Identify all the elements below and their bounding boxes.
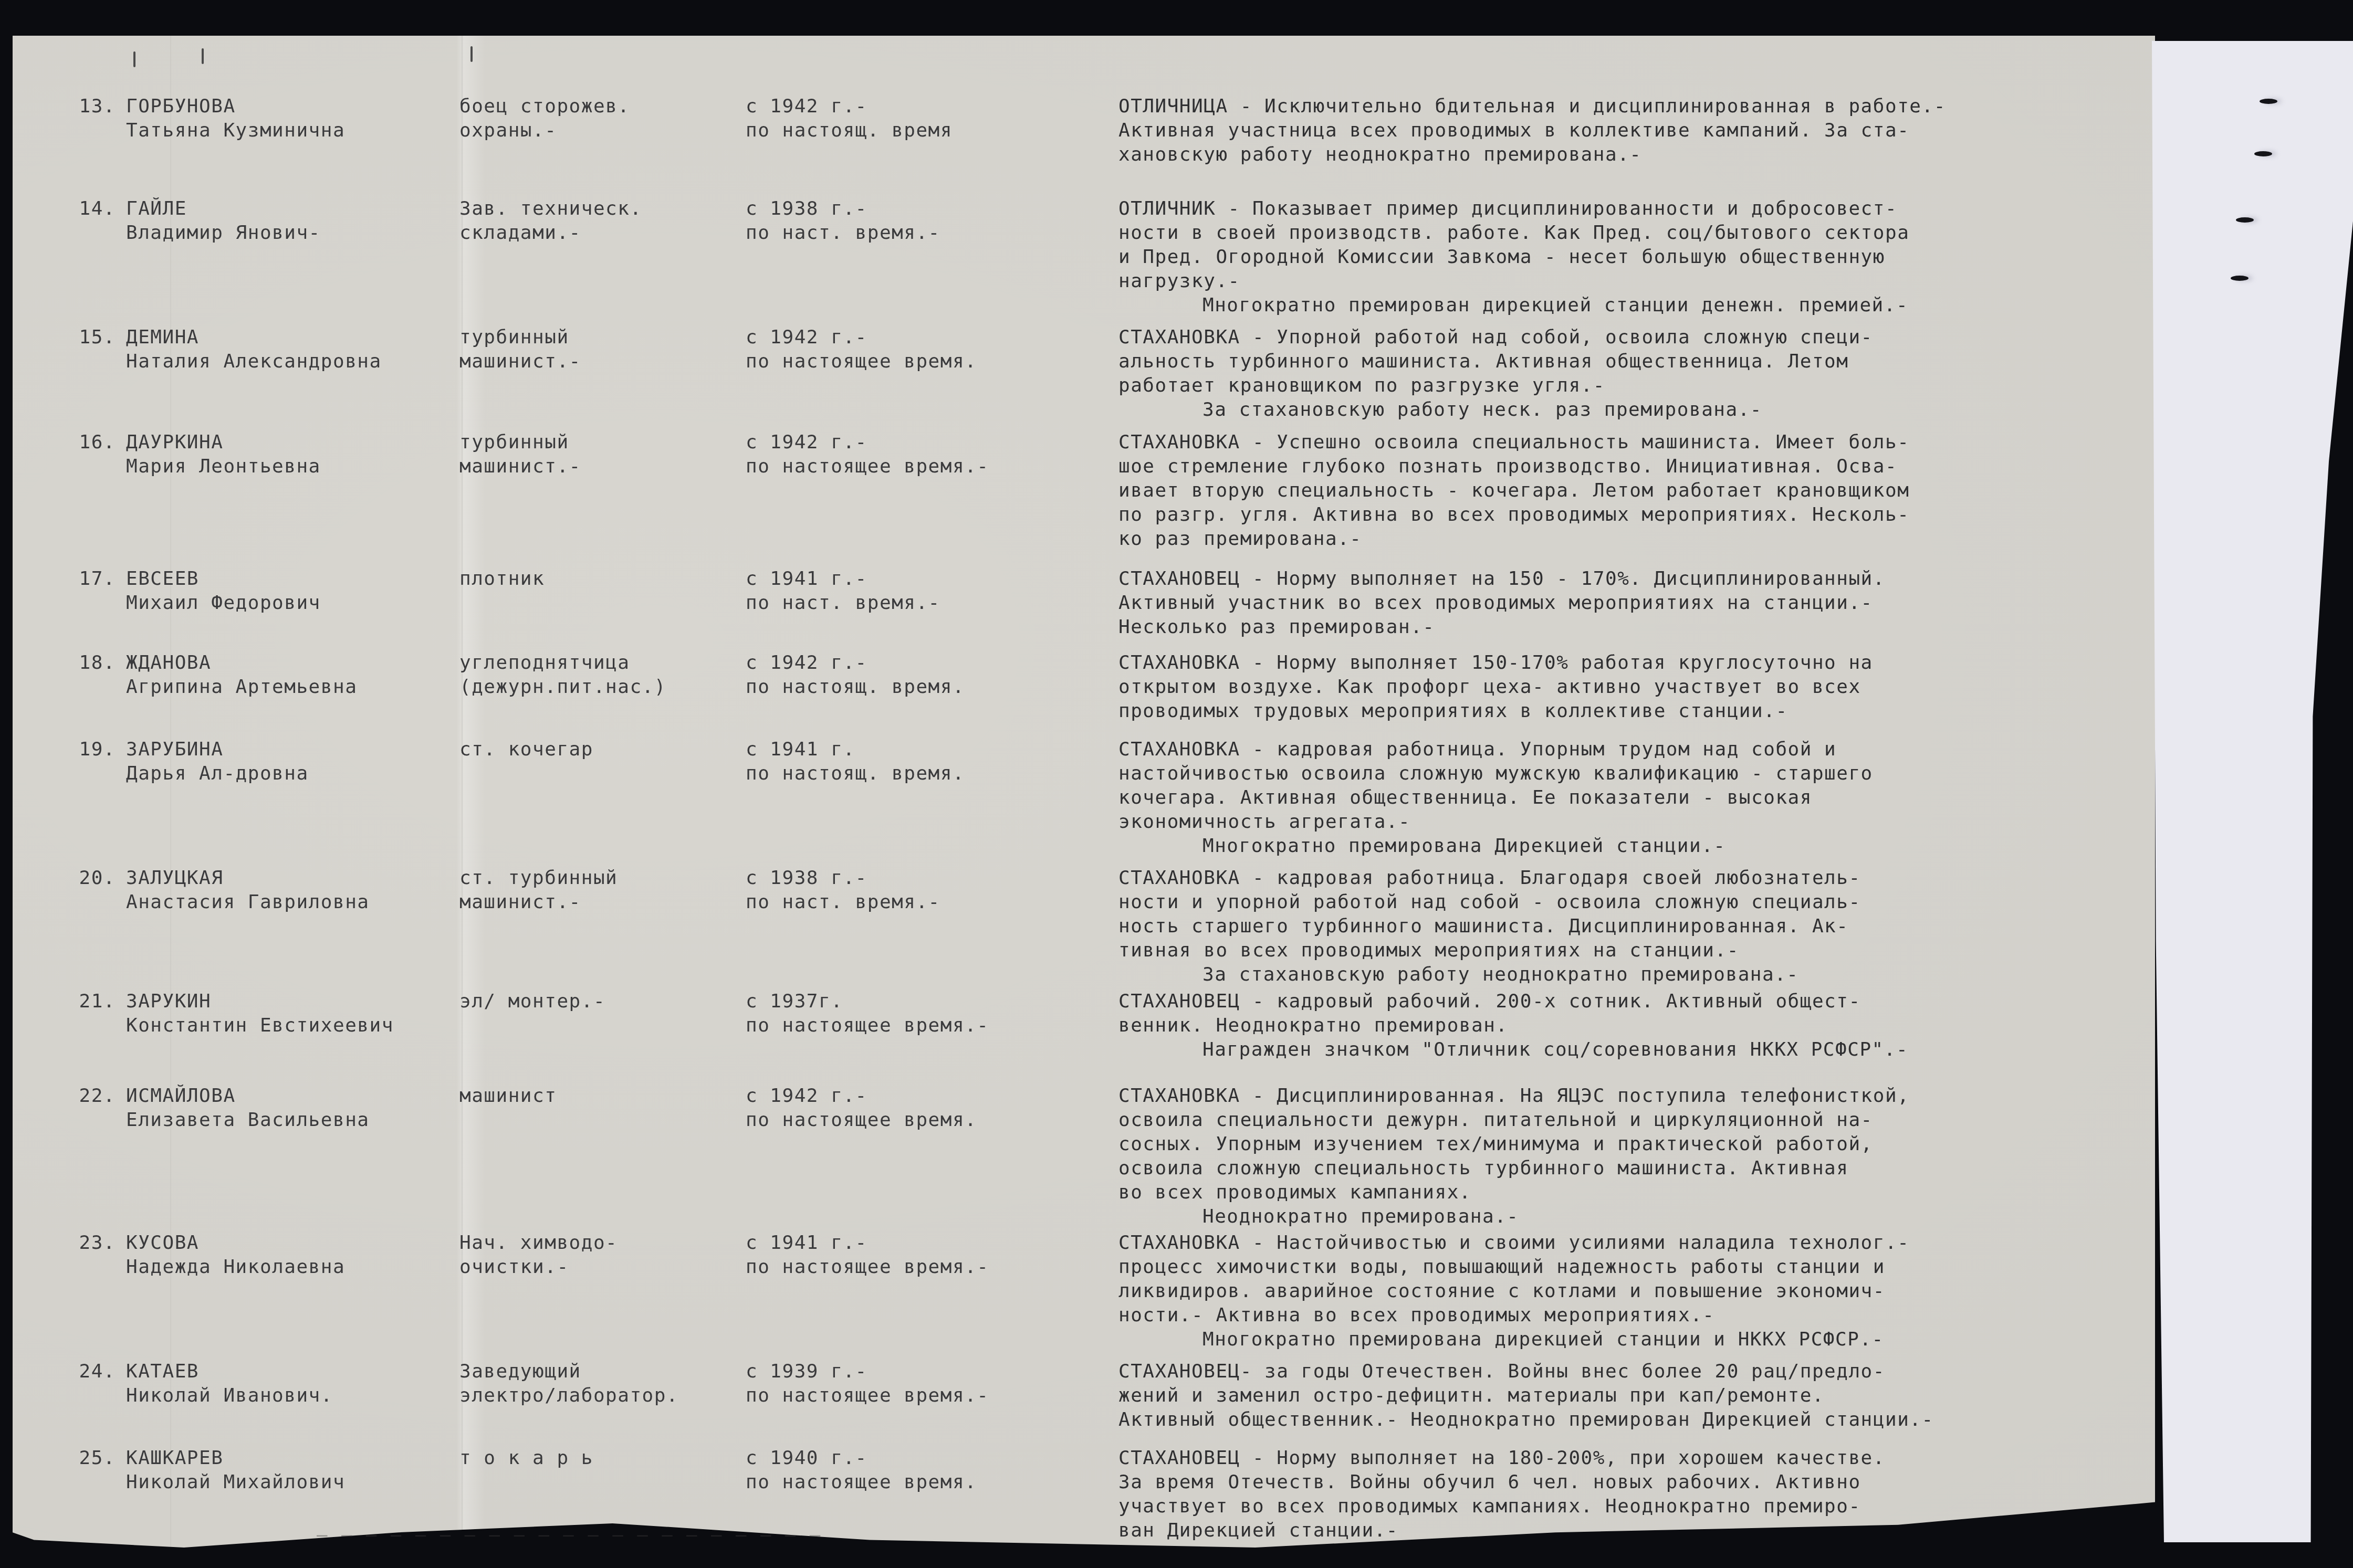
- position-line: охраны.-: [459, 119, 754, 143]
- work-period: с 1942 г.-по настоящ. время: [746, 94, 1071, 143]
- characteristic-line: венник. Неоднократно премирован.: [1118, 1014, 2116, 1038]
- given-names: Надежда Николаевна: [126, 1255, 452, 1279]
- characteristic-line: шое стремление глубоко познать производс…: [1118, 455, 2116, 479]
- employee-name: ЗАРУКИНКонстантин Евстихеевич: [126, 990, 452, 1038]
- award-note: Многократно премирован дирекцией станции…: [1118, 293, 2116, 318]
- work-period: с 1940 г.-по настоящее время.: [746, 1446, 1071, 1495]
- employee-name: ИСМАЙЛОВАЕлизавета Васильевна: [126, 1084, 452, 1132]
- characteristic-line: ности.- Активна во всех проводимых мероп…: [1118, 1303, 2116, 1328]
- position: турбинныймашинист.-: [459, 430, 754, 479]
- position: углеподнятчица(дежурн.пит.нас.): [459, 651, 754, 699]
- row-number: 17.: [79, 567, 116, 591]
- work-period-line: с 1941 г.: [746, 738, 1071, 762]
- position-line: машинист.-: [459, 890, 754, 914]
- employee-name: КАШКАРЕВНиколай Михайлович: [126, 1446, 452, 1495]
- position: боец сторожев.охраны.-: [459, 94, 754, 143]
- characteristic-line: освоила сложную специальность турбинного…: [1118, 1156, 2116, 1181]
- surname: ДАУРКИНА: [126, 430, 452, 455]
- surname: КУСОВА: [126, 1231, 452, 1255]
- work-period-line: с 1942 г.-: [746, 94, 1071, 119]
- work-period-line: с 1938 г.-: [746, 197, 1071, 221]
- employee-name: ЕВСЕЕВМихаил Федорович: [126, 567, 452, 615]
- position-line: т о к а р ь: [459, 1446, 754, 1470]
- characteristic-line: Активный участник во всех проводимых мер…: [1118, 591, 2116, 615]
- award-note: Награжден значком "Отличник соц/соревнов…: [1118, 1038, 2116, 1062]
- row-number: 24.: [79, 1360, 116, 1384]
- position-line: боец сторожев.: [459, 94, 754, 119]
- surname: ДЕМИНА: [126, 325, 452, 350]
- characteristic: СТАХАНОВЕЦ - Норму выполняет на 150 - 17…: [1118, 567, 2116, 639]
- position: Нач. химводо-очистки.-: [459, 1231, 754, 1279]
- characteristic: СТАХАНОВЕЦ - Норму выполняет на 180-200%…: [1118, 1446, 2116, 1543]
- work-period-line: по наст. время.-: [746, 591, 1071, 615]
- characteristic-line: ивает вторую специальность - кочегара. Л…: [1118, 479, 2116, 503]
- surname: КАТАЕВ: [126, 1360, 452, 1384]
- punch-hole: [2231, 276, 2249, 281]
- work-period-line: по настоящее время.: [746, 1470, 1071, 1495]
- surname: КАШКАРЕВ: [126, 1446, 452, 1470]
- margin-mark: [202, 48, 204, 64]
- work-period: с 1937г.по настоящее время.-: [746, 990, 1071, 1038]
- characteristic-line: и Пред. Огородной Комиссии Завкома - нес…: [1118, 245, 2116, 269]
- position-line: Зав. техническ.: [459, 197, 754, 221]
- characteristic-line: СТАХАНОВЕЦ - Норму выполняет на 180-200%…: [1118, 1446, 2116, 1470]
- characteristic: СТАХАНОВКА - Успешно освоила специальнос…: [1118, 430, 2116, 551]
- surname: ИСМАЙЛОВА: [126, 1084, 452, 1108]
- row-number: 20.: [79, 866, 116, 890]
- surname: ГАЙЛЕ: [126, 197, 452, 221]
- work-period-line: с 1942 г.-: [746, 1084, 1071, 1108]
- characteristic-line: Активный общественник.- Неоднократно пре…: [1118, 1408, 2116, 1432]
- characteristic-line: ности в своей производств. работе. Как П…: [1118, 221, 2116, 245]
- position-line: ст. турбинный: [459, 866, 754, 890]
- position-line: машинист.-: [459, 455, 754, 479]
- characteristic-line: ность старшего турбинного машиниста. Дис…: [1118, 914, 2116, 939]
- characteristic-line: СТАХАНОВКА - Успешно освоила специальнос…: [1118, 430, 2116, 455]
- paper-crease: [170, 36, 171, 1548]
- position-line: электро/лаборатор.: [459, 1384, 754, 1408]
- work-period: с 1942 г.-по настоящее время.: [746, 325, 1071, 374]
- characteristic: СТАХАНОВКА - кадровая работница. Благода…: [1118, 866, 2116, 987]
- work-period-line: по настоящее время.-: [746, 1384, 1071, 1408]
- characteristic-line: СТАХАНОВКА - Дисциплинированная. На ЯЦЭС…: [1118, 1084, 2116, 1108]
- employee-name: ДАУРКИНАМария Леонтьевна: [126, 430, 452, 479]
- work-period: с 1941 г.-по наст. время.-: [746, 567, 1071, 615]
- position-line: турбинный: [459, 430, 754, 455]
- work-period: с 1941 г.по настоящ. время.: [746, 738, 1071, 786]
- work-period-line: по настоящ. время: [746, 119, 1071, 143]
- characteristic-line: тивная во всех проводимых мероприятиях н…: [1118, 939, 2116, 963]
- work-period-line: с 1937г.: [746, 990, 1071, 1014]
- characteristic-line: ликвидиров. аварийное состояние с котлам…: [1118, 1279, 2116, 1303]
- position-line: плотник: [459, 567, 754, 591]
- row-number: 15.: [79, 325, 116, 350]
- characteristic-line: процесс химочистки воды, повышающий наде…: [1118, 1255, 2116, 1279]
- characteristic-line: СТАХАНОВКА - Упорной работой над собой, …: [1118, 325, 2116, 350]
- characteristic-line: ОТЛИЧНИК - Показывает пример дисциплинир…: [1118, 197, 2116, 221]
- row-number: 25.: [79, 1446, 116, 1470]
- punch-hole: [2254, 151, 2272, 156]
- characteristic-line: сосных. Упорным изучением тех/минимума и…: [1118, 1132, 2116, 1156]
- row-number: 23.: [79, 1231, 116, 1255]
- given-names: Анастасия Гавриловна: [126, 890, 452, 914]
- position-line: (дежурн.пит.нас.): [459, 675, 754, 699]
- work-period-line: с 1942 г.-: [746, 430, 1071, 455]
- position-line: эл/ монтер.-: [459, 990, 754, 1014]
- punch-hole: [2260, 99, 2277, 104]
- characteristic-line: Активная участница всех проводимых в кол…: [1118, 119, 2116, 143]
- characteristic-line: СТАХАНОВЕЦ - Норму выполняет на 150 - 17…: [1118, 567, 2116, 591]
- characteristic: СТАХАНОВКА - Норму выполняет 150-170% ра…: [1118, 651, 2116, 723]
- characteristic: СТАХАНОВЕЦ- за годы Отечествен. Войны вн…: [1118, 1360, 2116, 1432]
- work-period-line: с 1941 г.-: [746, 1231, 1071, 1255]
- characteristic-line: СТАХАНОВКА - кадровая работница. Упорным…: [1118, 738, 2116, 762]
- given-names: Николай Михайлович: [126, 1470, 452, 1495]
- work-period: с 1938 г.-по наст. время.-: [746, 866, 1071, 914]
- position-line: машинист: [459, 1084, 754, 1108]
- position-line: Нач. химводо-: [459, 1231, 754, 1255]
- position-line: турбинный: [459, 325, 754, 350]
- work-period: с 1939 г.-по настоящее время.-: [746, 1360, 1071, 1408]
- work-period-line: с 1942 г.-: [746, 325, 1071, 350]
- characteristic-line: экономичность агрегата.-: [1118, 810, 2116, 834]
- characteristic-line: во всех проводимых кампаниях.: [1118, 1181, 2116, 1205]
- given-names: Татьяна Кузминична: [126, 119, 452, 143]
- position: ст. турбинныймашинист.-: [459, 866, 754, 914]
- margin-mark: [133, 51, 135, 67]
- award-note: За стахановскую работу неск. раз премиро…: [1118, 398, 2116, 422]
- work-period-line: с 1940 г.-: [746, 1446, 1071, 1470]
- characteristic: ОТЛИЧНИК - Показывает пример дисциплинир…: [1118, 197, 2116, 318]
- position: турбинныймашинист.-: [459, 325, 754, 374]
- employee-name: ЗАРУБИНАДарья Ал-дровна: [126, 738, 452, 786]
- position-line: машинист.-: [459, 350, 754, 374]
- characteristic: СТАХАНОВЕЦ - кадровый рабочий. 200-х сот…: [1118, 990, 2116, 1062]
- position: т о к а р ь: [459, 1446, 754, 1470]
- position: Зав. техническ.складами.-: [459, 197, 754, 245]
- employee-name: ДЕМИНАНаталия Александровна: [126, 325, 452, 374]
- position: Заведующийэлектро/лаборатор.: [459, 1360, 754, 1408]
- row-number: 13.: [79, 94, 116, 119]
- characteristic-line: ности и упорной работой над собой - осво…: [1118, 890, 2116, 914]
- characteristic-line: СТАХАНОВКА - Норму выполняет 150-170% ра…: [1118, 651, 2116, 675]
- work-period-line: по настоящее время.: [746, 1108, 1071, 1132]
- employee-name: КАТАЕВНиколай Иванович.: [126, 1360, 452, 1408]
- characteristic: СТАХАНОВКА - кадровая работница. Упорным…: [1118, 738, 2116, 858]
- paper-fold: [462, 36, 463, 1548]
- position-line: Заведующий: [459, 1360, 754, 1384]
- surname: ЗАРУКИН: [126, 990, 452, 1014]
- work-period: с 1942 г.-по настоящ. время.: [746, 651, 1071, 699]
- characteristic-line: настойчивостью освоила сложную мужскую к…: [1118, 762, 2116, 786]
- work-period-line: по настоящее время.-: [746, 455, 1071, 479]
- work-period-line: по настоящ. время.: [746, 675, 1071, 699]
- characteristic-line: кочегара. Активная общественница. Ее пок…: [1118, 786, 2116, 810]
- surname: ЕВСЕЕВ: [126, 567, 452, 591]
- characteristic-line: ван Дирекцией станции.-: [1118, 1519, 2116, 1543]
- position-line: очистки.-: [459, 1255, 754, 1279]
- characteristic-line: участвует во всех проводимых кампаниях. …: [1118, 1495, 2116, 1519]
- characteristic-line: ко раз премирована.-: [1118, 527, 2116, 551]
- surname: ЗАЛУЦКАЯ: [126, 866, 452, 890]
- row-number: 22.: [79, 1084, 116, 1108]
- characteristic: ОТЛИЧНИЦА - Исключительно бдительная и д…: [1118, 94, 2116, 167]
- surname: ЗАРУБИНА: [126, 738, 452, 762]
- employee-name: ГАЙЛЕВладимир Янович-: [126, 197, 452, 245]
- characteristic-line: СТАХАНОВЕЦ - кадровый рабочий. 200-х сот…: [1118, 990, 2116, 1014]
- position: плотник: [459, 567, 754, 591]
- characteristic-line: хановскую работу неоднократно премирован…: [1118, 143, 2116, 167]
- characteristic-line: ОТЛИЧНИЦА - Исключительно бдительная и д…: [1118, 94, 2116, 119]
- characteristic: СТАХАНОВКА - Настойчивостью и своими уси…: [1118, 1231, 2116, 1352]
- work-period-line: по наст. время.-: [746, 221, 1071, 245]
- work-period: с 1938 г.-по наст. время.-: [746, 197, 1071, 245]
- position: машинист: [459, 1084, 754, 1108]
- work-period-line: с 1942 г.-: [746, 651, 1071, 675]
- employee-name: КУСОВАНадежда Николаевна: [126, 1231, 452, 1279]
- position: эл/ монтер.-: [459, 990, 754, 1014]
- employee-name: ЗАЛУЦКАЯАнастасия Гавриловна: [126, 866, 452, 914]
- row-number: 21.: [79, 990, 116, 1014]
- characteristic-line: проводимых трудовых мероприятиях в колле…: [1118, 699, 2116, 723]
- characteristic-line: по разгр. угля. Активна во всех проводим…: [1118, 503, 2116, 527]
- row-number: 16.: [79, 430, 116, 455]
- position-line: ст. кочегар: [459, 738, 754, 762]
- award-note: За стахановскую работу неоднократно прем…: [1118, 963, 2116, 987]
- given-names: Дарья Ал-дровна: [126, 762, 452, 786]
- characteristic-line: Несколько раз премирован.-: [1118, 615, 2116, 639]
- given-names: Елизавета Васильевна: [126, 1108, 452, 1132]
- given-names: Наталия Александровна: [126, 350, 452, 374]
- characteristic-line: СТАХАНОВКА - Настойчивостью и своими уси…: [1118, 1231, 2116, 1255]
- characteristic-line: работает крановщиком по разгрузке угля.-: [1118, 374, 2116, 398]
- characteristic-line: освоила специальности дежурн. питательно…: [1118, 1108, 2116, 1132]
- characteristic-line: альность турбинного машиниста. Активная …: [1118, 350, 2116, 374]
- work-period-line: с 1939 г.-: [746, 1360, 1071, 1384]
- given-names: Мария Леонтьевна: [126, 455, 452, 479]
- characteristic-line: СТАХАНОВЕЦ- за годы Отечествен. Войны вн…: [1118, 1360, 2116, 1384]
- surname: ГОРБУНОВА: [126, 94, 452, 119]
- punch-hole: [2236, 217, 2254, 223]
- margin-mark: [470, 46, 473, 62]
- employee-name: ГОРБУНОВАТатьяна Кузминична: [126, 94, 452, 143]
- surname: ЖДАНОВА: [126, 651, 452, 675]
- employee-name: ЖДАНОВААгрипина Артемьевна: [126, 651, 452, 699]
- work-period-line: по настоящее время.-: [746, 1014, 1071, 1038]
- work-period: с 1942 г.-по настоящее время.: [746, 1084, 1071, 1132]
- characteristic-line: СТАХАНОВКА - кадровая работница. Благода…: [1118, 866, 2116, 890]
- characteristic: СТАХАНОВКА - Дисциплинированная. На ЯЦЭС…: [1118, 1084, 2116, 1229]
- award-note: Неоднократно премирована.-: [1118, 1205, 2116, 1229]
- work-period-line: по настоящее время.: [746, 350, 1071, 374]
- position-line: складами.-: [459, 221, 754, 245]
- position: ст. кочегар: [459, 738, 754, 762]
- award-note: Многократно премирована дирекцией станци…: [1118, 1328, 2116, 1352]
- backing-paper: [2152, 41, 2353, 1542]
- characteristic-line: жений и заменил остро-дефицитн. материал…: [1118, 1384, 2116, 1408]
- row-number: 19.: [79, 738, 116, 762]
- work-period: с 1941 г.-по настоящее время.-: [746, 1231, 1071, 1279]
- work-period-line: по настоящ. время.: [746, 762, 1071, 786]
- characteristic-line: нагрузку.-: [1118, 269, 2116, 293]
- given-names: Михаил Федорович: [126, 591, 452, 615]
- given-names: Владимир Янович-: [126, 221, 452, 245]
- position-line: углеподнятчица: [459, 651, 754, 675]
- row-number: 18.: [79, 651, 116, 675]
- characteristic-line: За время Отечеств. Войны обучил 6 чел. н…: [1118, 1470, 2116, 1495]
- work-period-line: с 1938 г.-: [746, 866, 1071, 890]
- work-period-line: по наст. время.-: [746, 890, 1071, 914]
- characteristic: СТАХАНОВКА - Упорной работой над собой, …: [1118, 325, 2116, 422]
- given-names: Константин Евстихеевич: [126, 1014, 452, 1038]
- given-names: Николай Иванович.: [126, 1384, 452, 1408]
- row-number: 14.: [79, 197, 116, 221]
- award-note: Многократно премирована Дирекцией станци…: [1118, 834, 2116, 858]
- work-period-line: с 1941 г.-: [746, 567, 1071, 591]
- characteristic-line: открытом воздухе. Как профорг цеха- акти…: [1118, 675, 2116, 699]
- work-period: с 1942 г.-по настоящее время.-: [746, 430, 1071, 479]
- given-names: Агрипина Артемьевна: [126, 675, 452, 699]
- work-period-line: по настоящее время.-: [746, 1255, 1071, 1279]
- bleed-through-text: — — — — — — — — — — — — — — — — — — — — …: [315, 1524, 820, 1545]
